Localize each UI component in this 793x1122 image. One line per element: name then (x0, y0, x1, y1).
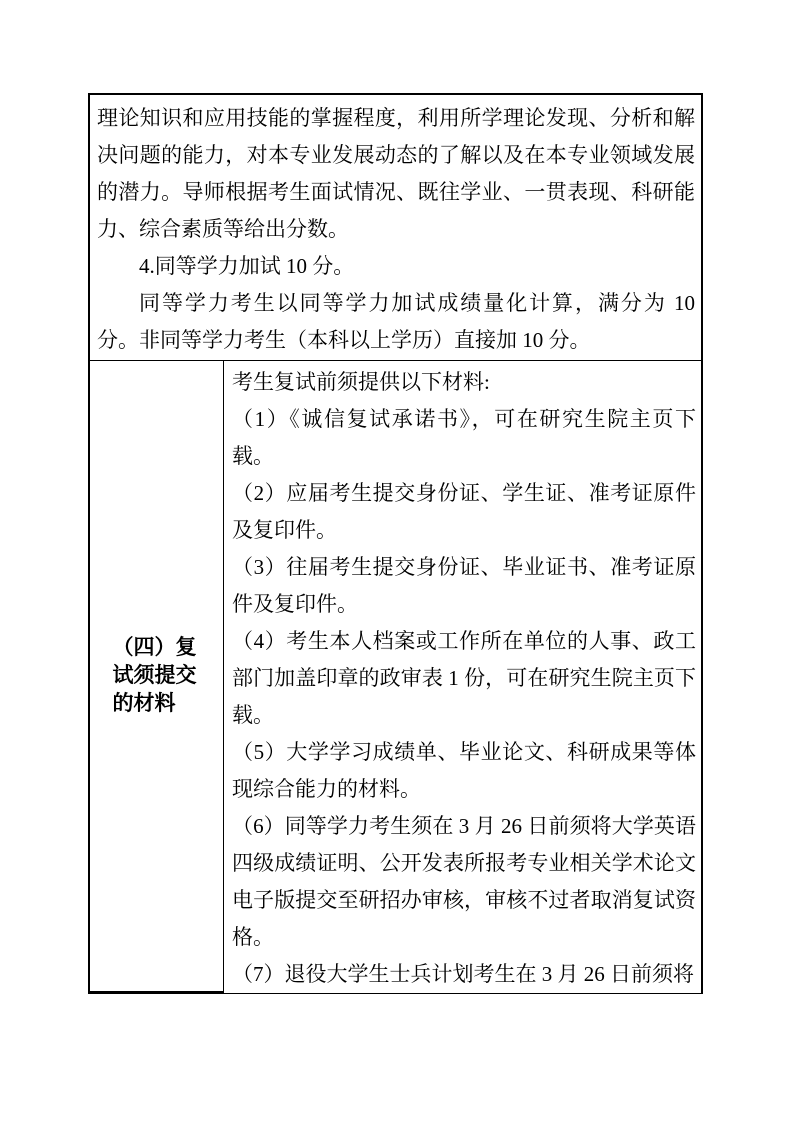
paragraph-extra-test-title: 4.同等学力加试 10 分。 (97, 248, 695, 285)
materials-row: （四）复试须提交的材料 考生复试前须提供以下材料: （1）《诚信复试承诺书》，可… (88, 361, 703, 994)
materials-item-4: （4）考生本人档案或工作所在单位的人事、政工部门加盖印章的政审表 1 份，可在研… (232, 623, 696, 734)
materials-row-content-cell: 考生复试前须提供以下材料: （1）《诚信复试承诺书》，可在研究生院主页下载。 （… (224, 361, 703, 994)
materials-intro: 考生复试前须提供以下材料: (232, 364, 696, 401)
materials-row-header-cell: （四）复试须提交的材料 (88, 361, 224, 994)
materials-item-1: （1）《诚信复试承诺书》，可在研究生院主页下载。 (232, 401, 696, 475)
paragraph-extra-test-detail: 同等学力考生以同等学力加试成绩量化计算，满分为 10 分。非同等学力考生（本科以… (97, 285, 695, 359)
materials-item-7: （7）退役大学生士兵计划考生在 3 月 26 日前须将 (232, 956, 696, 993)
materials-item-2: （2）应届考生提交身份证、学生证、准考证原件及复印件。 (232, 475, 696, 549)
materials-item-5: （5）大学学习成绩单、毕业论文、科研成果等体现综合能力的材料。 (232, 734, 696, 808)
paragraph-interview-scoring: 理论知识和应用技能的掌握程度，利用所学理论发现、分析和解决问题的能力，对本专业发… (97, 100, 695, 248)
materials-item-6: （6）同等学力考生须在 3 月 26 日前须将大学英语四级成绩证明、公开发表所报… (232, 808, 696, 956)
materials-item-3: （3）往届考生提交身份证、毕业证书、准考证原件及复印件。 (232, 549, 696, 623)
section-scoring-continuation: 理论知识和应用技能的掌握程度，利用所学理论发现、分析和解决问题的能力，对本专业发… (88, 93, 703, 361)
document-page: 理论知识和应用技能的掌握程度，利用所学理论发现、分析和解决问题的能力，对本专业发… (0, 0, 793, 1122)
materials-row-header-label: （四）复试须提交的材料 (113, 634, 201, 718)
admission-rules-table: 理论知识和应用技能的掌握程度，利用所学理论发现、分析和解决问题的能力，对本专业发… (88, 93, 703, 994)
